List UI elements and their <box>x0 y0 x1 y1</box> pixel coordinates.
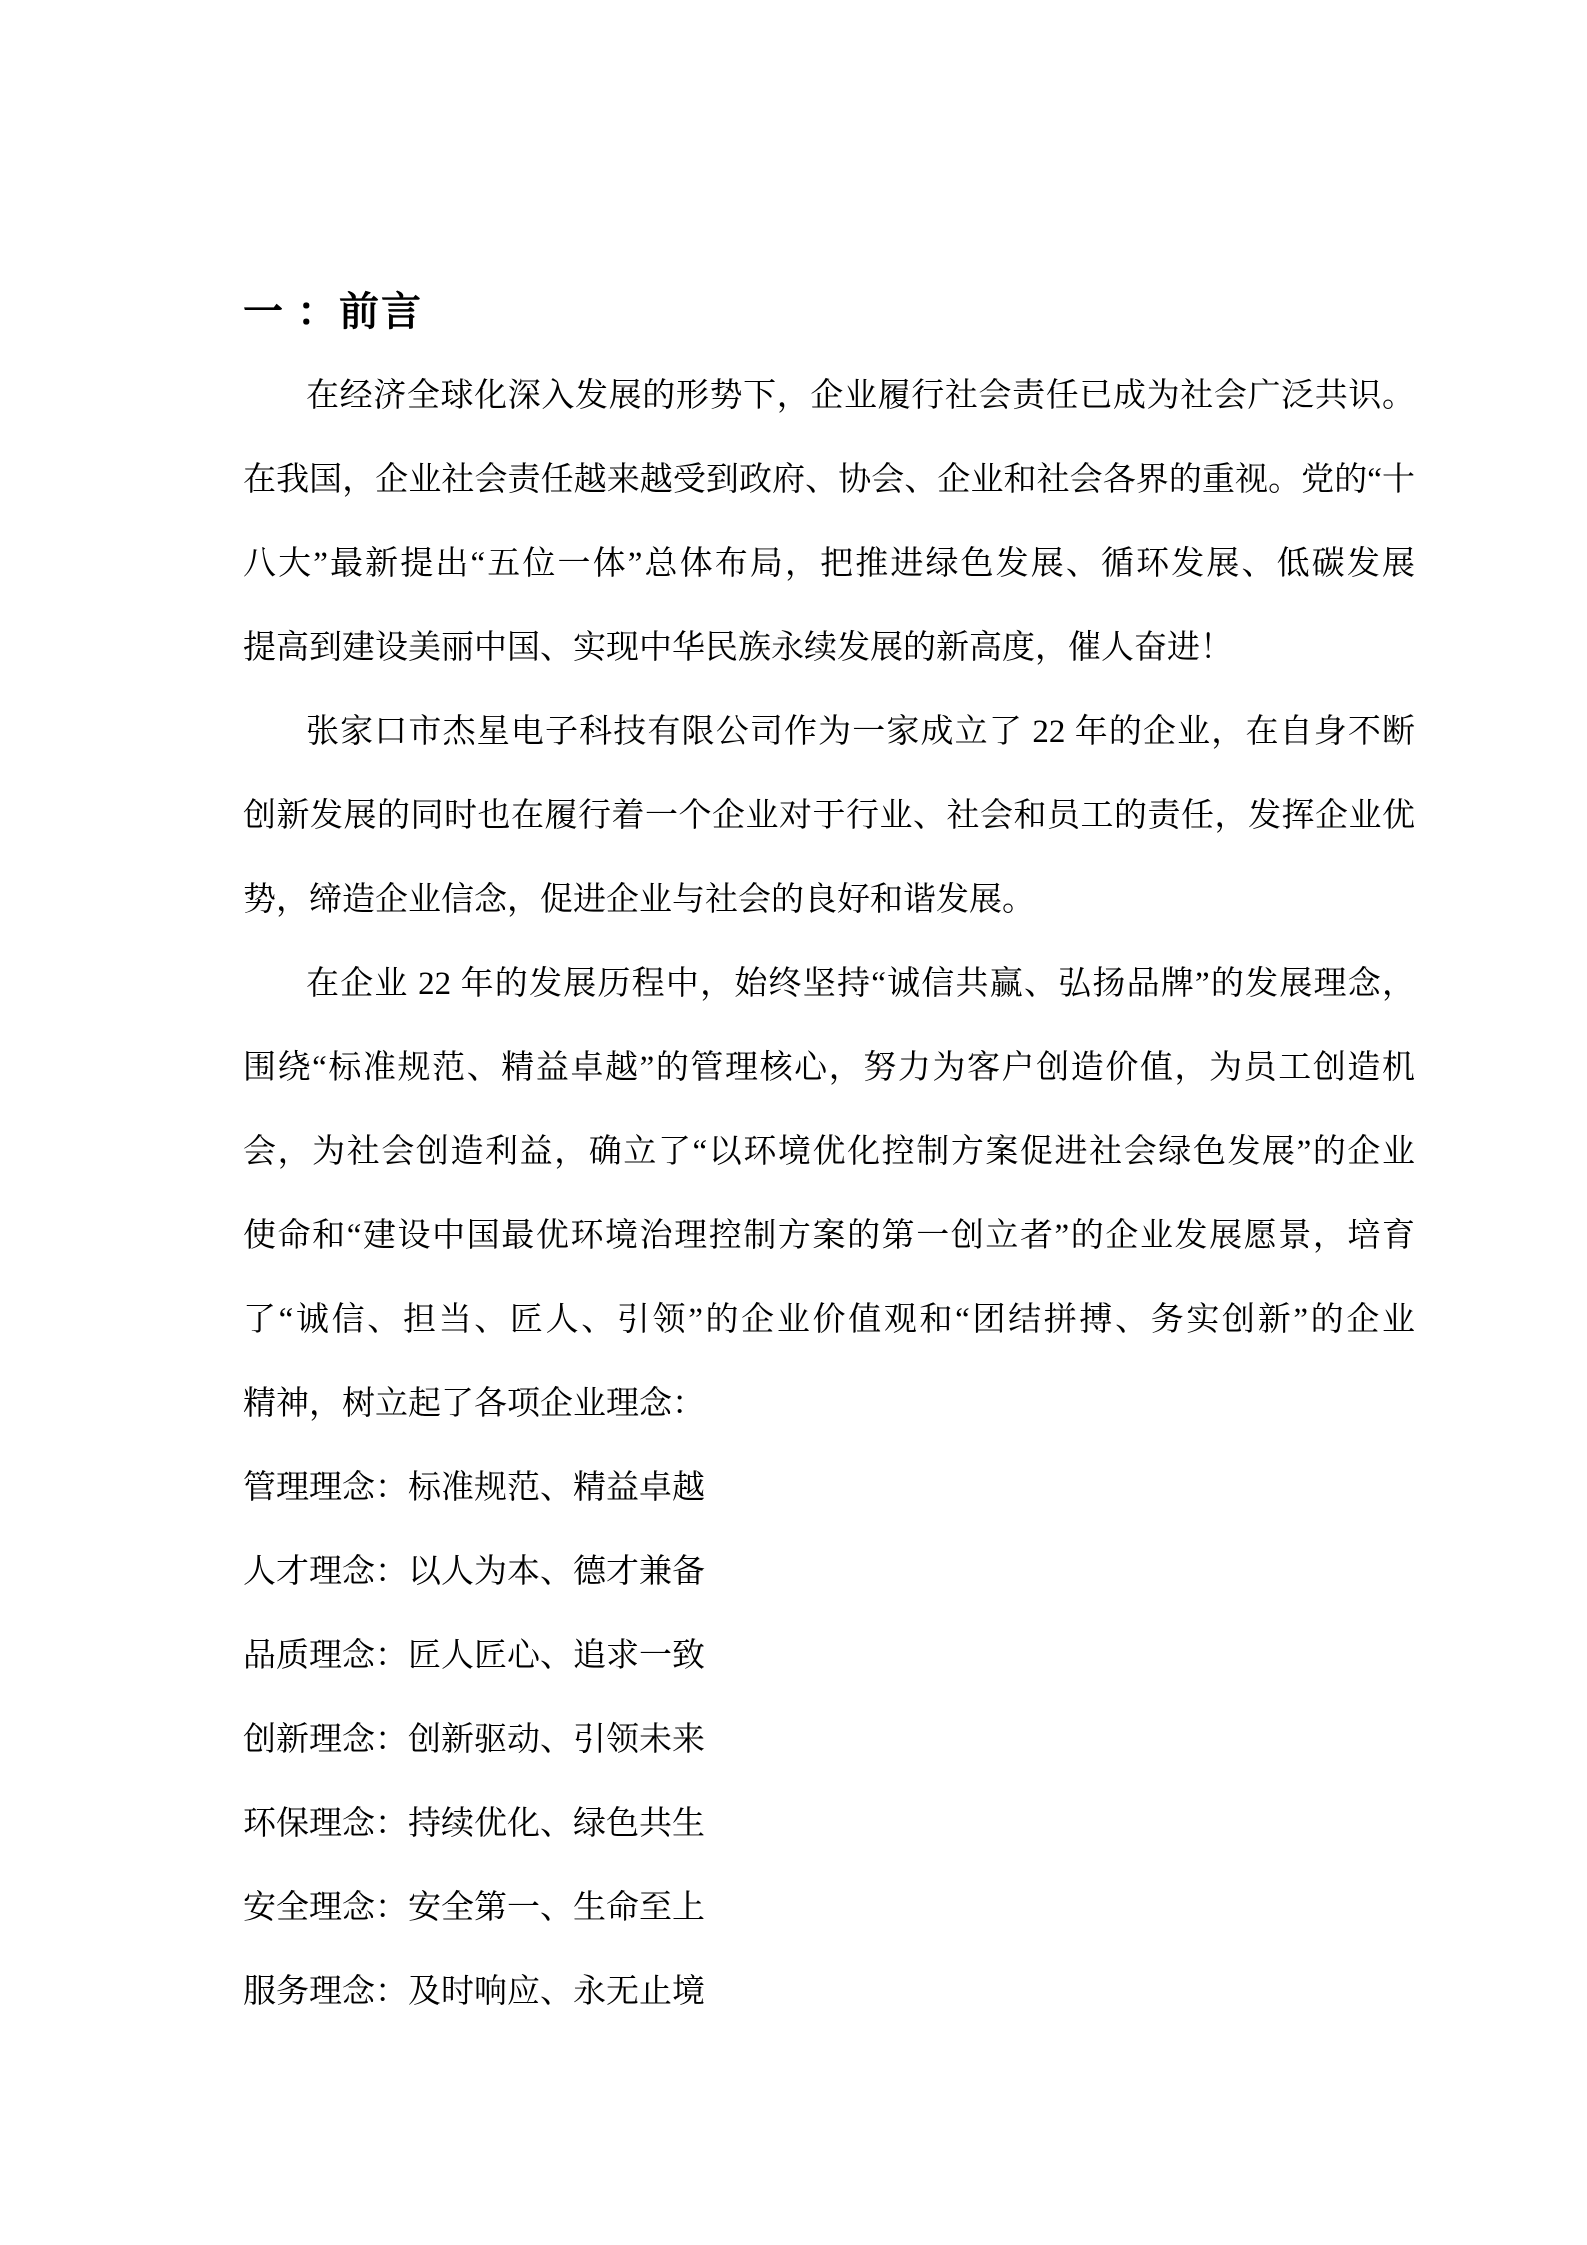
document-page: 一 ：前言 在经济全球化深入发展的形势下，企业履行社会责任已成为社会广泛共识。 … <box>0 0 1587 2245</box>
body-line: 使命和“建设中国最优环境治理控制方案的第一创立者”的企业发展愿景，培育 <box>243 1194 1415 1278</box>
body-line: 张家口市杰星电子科技有限公司作为一家成立了 22 年的企业，在自身不断 <box>243 690 1415 774</box>
body-line: 八大”最新提出“五位一体”总体布局，把推进绿色发展、循环发展、低碳发展 <box>243 522 1415 606</box>
principle-line: 创新理念：创新驱动、引领未来 <box>243 1698 1415 1782</box>
principle-line: 安全理念：安全第一、生命至上 <box>243 1866 1415 1950</box>
body-line: 精神，树立起了各项企业理念： <box>243 1362 1415 1446</box>
principle-line: 管理理念：标准规范、精益卓越 <box>243 1446 1415 1530</box>
body-line: 围绕“标准规范、精益卓越”的管理核心，努力为客户创造价值，为员工创造机 <box>243 1026 1415 1110</box>
body-line: 了“诚信、担当、匠人、引领”的企业价值观和“团结拼搏、务实创新”的企业 <box>243 1278 1415 1362</box>
body-line: 在我国，企业社会责任越来越受到政府、协会、企业和社会各界的重视。党的“十 <box>243 438 1415 522</box>
principle-line: 品质理念：匠人匠心、追求一致 <box>243 1614 1415 1698</box>
body-line: 在经济全球化深入发展的形势下，企业履行社会责任已成为社会广泛共识。 <box>243 354 1415 438</box>
principle-line: 人才理念：以人为本、德才兼备 <box>243 1530 1415 1614</box>
body-line: 在企业 22 年的发展历程中，始终坚持“诚信共赢、弘扬品牌”的发展理念， <box>243 942 1415 1026</box>
body-line: 势，缔造企业信念，促进企业与社会的良好和谐发展。 <box>243 858 1415 942</box>
section-heading: 一 ：前言 <box>243 270 1415 354</box>
body-line: 提高到建设美丽中国、实现中华民族永续发展的新高度，催人奋进！ <box>243 606 1415 690</box>
principle-line: 环保理念：持续优化、绿色共生 <box>243 1782 1415 1866</box>
body-line: 会，为社会创造利益，确立了“以环境优化控制方案促进社会绿色发展”的企业 <box>243 1110 1415 1194</box>
principle-line: 服务理念：及时响应、永无止境 <box>243 1950 1415 2034</box>
body-line: 创新发展的同时也在履行着一个企业对于行业、社会和员工的责任，发挥企业优 <box>243 774 1415 858</box>
